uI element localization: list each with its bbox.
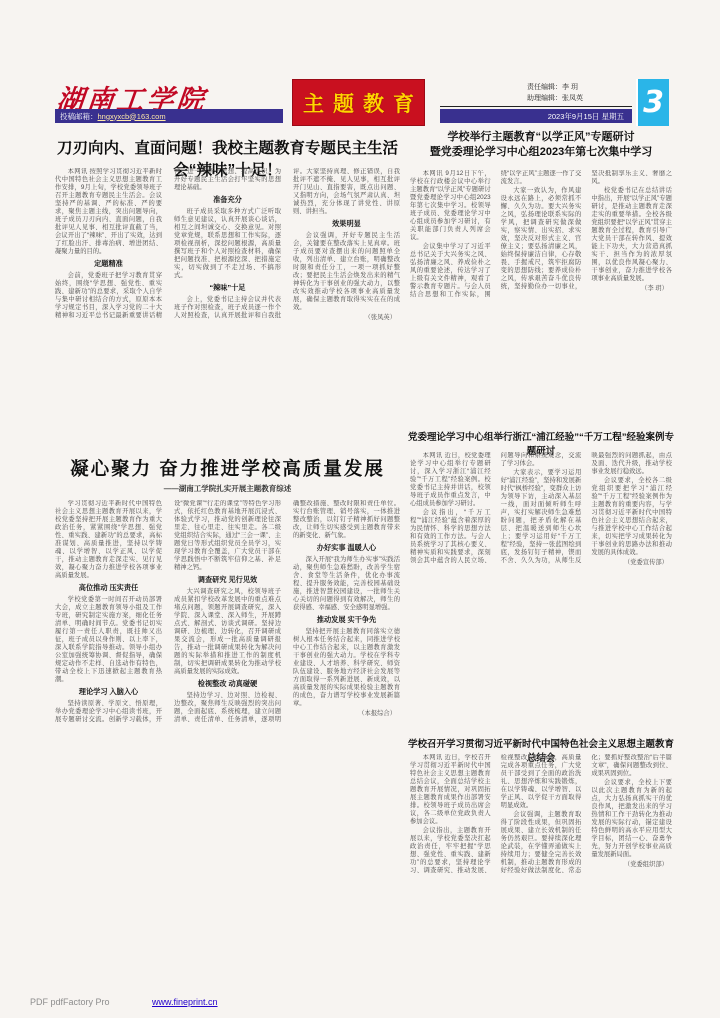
article-byline: （张凤英） [293, 314, 400, 322]
editor-line1: 责任编辑：李 玥 [527, 82, 627, 93]
article-subhead: 准备充分 [174, 196, 281, 204]
article-subhead: 调查研究 见行见效 [174, 576, 281, 584]
article-subhead: 理论学习 入脑入心 [55, 688, 162, 696]
article-b-headline-line2: 暨党委理论学习中心组2023年第七次集中学习 [408, 145, 674, 160]
article-paragraph: 大兴调查研究之风，校领导班子成员紧扣学校改革发展中的重点难点堵点问题，领题开展调… [174, 588, 281, 676]
article-d-subtitle: ——湖南工学院扎实开展主题教育综述 [55, 483, 400, 494]
article-c-body: 本网讯 近日，校党委理论学习中心组举行专题研讨，深入学习浙江“浦江经验”“千万工… [410, 452, 672, 725]
article-paragraph: 学习贯彻习近平新时代中国特色社会主义思想主题教育开展以来，学校党委坚持把开展主题… [55, 500, 162, 580]
newspaper-page: 湖南工学院 投稿邮箱： hngxyxcb@163.com 主题教育 责任编辑：李… [0, 0, 720, 1018]
article-paragraph: 会议要求，全校各二级党组织要把学习“浦江经验”“千万工程”经验案例作为主题教育的… [591, 477, 672, 557]
article-a-body: 本网讯 按照学习贯彻习近平新时代中国特色社会主义思想主题教育工作安排，9月上旬，… [55, 168, 400, 445]
article-b-headline: 学校举行主题教育“以学正风”专题研讨 暨党委理论学习中心组2023年第七次集中学… [408, 130, 674, 160]
article-byline: （李 玥） [591, 285, 672, 293]
email-link[interactable]: hngxyxcb@163.com [98, 112, 166, 121]
pdf-watermark: PDF pdfFactory Pro [30, 997, 110, 1007]
date-bar: 2023年9月15日 星期五 [440, 109, 632, 123]
article-e-body: 本网讯 近日，学校召开学习贯彻习近平新时代中国特色社会主义思想主题教育总结会议，… [410, 754, 672, 963]
editor-info: 责任编辑：李 玥 助理编辑：张凤英 [527, 82, 627, 104]
article-paragraph: 班子成员采取多种方式广泛听取师生意见建议，认真开展谈心谈话，相互之间坦诚交心、交… [174, 208, 281, 280]
article-paragraph: 本网讯 9月12日下午，学校在行政楼会议中心举行主题教育“以学正风”专题研讨暨党… [410, 170, 491, 242]
article-paragraph: 学校党委第一时间召开动员部署大会，成立主题教育领导小组及工作专班，研究制定实施方… [55, 596, 162, 684]
article-paragraph: 会议强调，开好专题民主生活会，关键要在整改落实上见真章。班子成员要对查摆出来的问… [293, 232, 400, 312]
article-subhead: 办好实事 温暖人心 [293, 544, 400, 552]
article-subhead: 检视整改 动真碰硬 [174, 680, 281, 688]
article-d-body: 学习贯彻习近平新时代中国特色社会主义思想主题教育开展以来，学校党委坚持把开展主题… [55, 500, 400, 963]
article-paragraph: 坚持把开展主题教育同落实立德树人根本任务结合起来，同推进学校中心工作结合起来，以… [293, 628, 400, 708]
article-b-headline-line1: 学校举行主题教育“以学正风”专题研讨 [408, 130, 674, 145]
fineprint-link[interactable]: www.fineprint.cn [152, 997, 218, 1007]
article-paragraph: 本网讯 近日，学校召开学习贯彻习近平新时代中国特色社会主义思想主题教育总结会议，… [410, 754, 491, 826]
page-number-badge: 3 [636, 79, 669, 126]
article-subhead: 定题精准 [55, 260, 162, 268]
article-subhead: “辣味”十足 [174, 284, 281, 292]
email-bar: 投稿邮箱： hngxyxcb@163.com [55, 109, 283, 123]
article-subhead: 推动发展 实干争先 [293, 616, 400, 624]
article-byline: （党委组织部） [591, 861, 672, 869]
article-b-body: 本网讯 9月12日下午，学校在行政楼会议中心举行主题教育“以学正风”专题研讨暨党… [410, 170, 672, 418]
article-byline: （党委宣传部） [591, 559, 672, 567]
article-byline: （本报综合） [293, 710, 400, 718]
header-rule [440, 106, 632, 107]
banner-title: 主题教育 [292, 79, 425, 126]
article-paragraph: 校党委书记在总结讲话中指出，开展“以学正风”专题研讨，是推动主题教育走深走实的重… [591, 187, 672, 283]
article-subhead: 高位推动 压实责任 [55, 584, 162, 592]
article-paragraph: 本网讯 按照学习贯彻习近平新时代中国特色社会主义思想主题教育工作安排，9月上旬，… [55, 168, 162, 256]
article-paragraph: 深入开展“我为师生办实事”实践活动，聚焦师生急难愁盼，改善学生宿舍、食堂等生活条… [293, 556, 400, 612]
editor-line2: 助理编辑：张凤英 [527, 93, 627, 104]
email-bar-label: 投稿邮箱： [60, 111, 98, 122]
article-paragraph: 会议要求，全校上下要以此次主题教育为新的起点，大力弘扬真抓实干的优良作风，把激发… [591, 779, 672, 859]
article-d-headline: 凝心聚力 奋力推进学校高质量发展 [55, 455, 400, 481]
article-subhead: 效果明显 [293, 220, 400, 228]
article-paragraph: 本网讯 近日，校党委理论学习中心组举行专题研讨，深入学习浙江“浦江经验”“千万工… [410, 452, 491, 508]
